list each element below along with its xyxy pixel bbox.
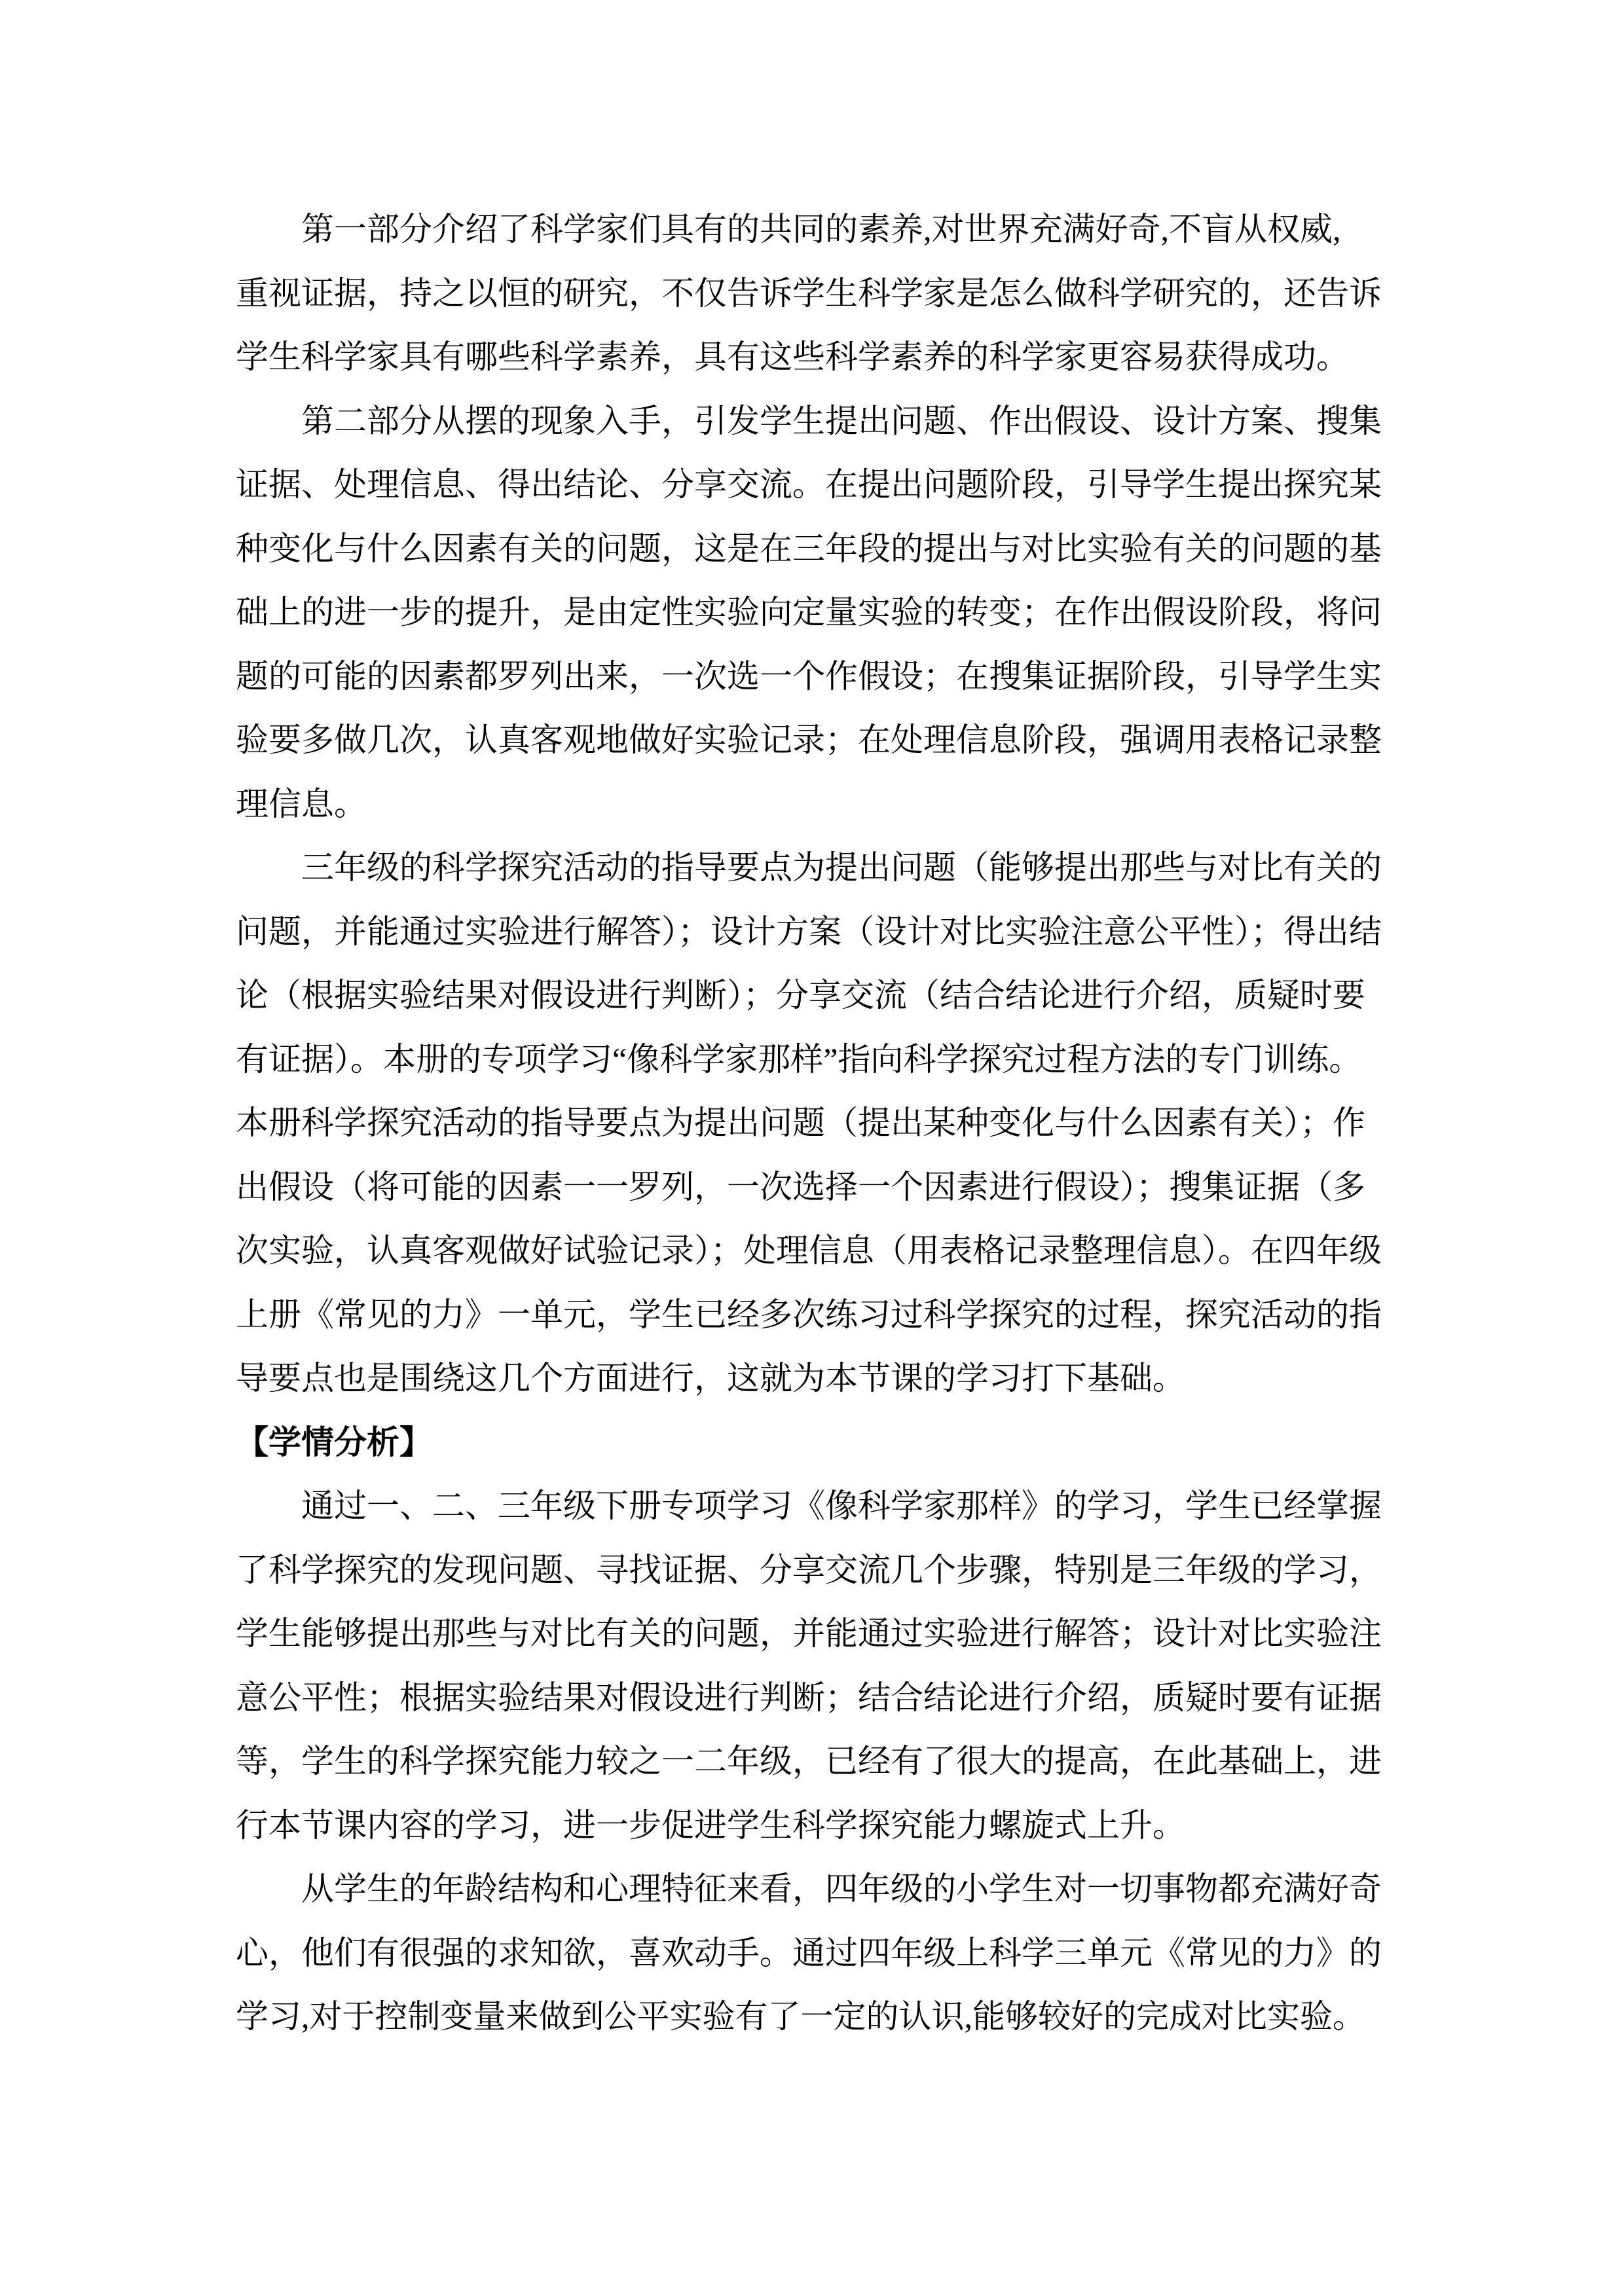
text-line: 意公平性；根据实验结果对假设进行判断；结合结论进行介绍，质疑时要有证据 — [236, 1666, 1388, 1730]
text-line: 次实验，认真客观做好试验记录）；处理信息（用表格记录整理信息）。在四年级 — [236, 1219, 1388, 1283]
text-line: 础上的进一步的提升，是由定性实验向定量实验的转变；在作出假设阶段，将问 — [236, 581, 1388, 645]
text-line: 学生能够提出那些与对比有关的问题，并能通过实验进行解答；设计对比实验注 — [236, 1602, 1388, 1666]
text-line: 等，学生的科学探究能力较之一二年级，已经有了很大的提高，在此基础上，进 — [236, 1730, 1388, 1794]
text-line: 心，他们有很强的求知欲，喜欢动手。通过四年级上科学三单元《常见的力》的 — [236, 1922, 1388, 1986]
text-line: 三年级的科学探究活动的指导要点为提出问题（能够提出那些与对比有关的 — [236, 836, 1388, 900]
paragraph-5: 从学生的年龄结构和心理特征来看，四年级的小学生对一切事物都充满好奇心，他们有很强… — [236, 1857, 1388, 2049]
text-line: 第一部分介绍了科学家们具有的共同的素养,对世界充满好奇,不盲从权威, — [236, 198, 1388, 262]
text-line: 有证据）。本册的专项学习“像科学家那样”指向科学探究过程方法的专门训练。 — [236, 1028, 1388, 1092]
text-line: 题的可能的因素都罗列出来，一次选一个作假设；在搜集证据阶段，引导学生实 — [236, 645, 1388, 709]
text-line: 上册《常见的力》一单元，学生已经多次练习过科学探究的过程，探究活动的指 — [236, 1283, 1388, 1347]
heading-line: 【学情分析】 — [236, 1411, 1388, 1475]
paragraph-2: 第二部分从摆的现象入手，引发学生提出问题、作出假设、设计方案、搜集证据、处理信息… — [236, 390, 1388, 837]
text-line: 了科学探究的发现问题、寻找证据、分享交流几个步骤，特别是三年级的学习， — [236, 1539, 1388, 1603]
text-line: 从学生的年龄结构和心理特征来看，四年级的小学生对一切事物都充满好奇 — [236, 1857, 1388, 1922]
text-line: 第二部分从摆的现象入手，引发学生提出问题、作出假设、设计方案、搜集 — [236, 390, 1388, 454]
text-line: 学生科学家具有哪些科学素养，具有这些科学素养的科学家更容易获得成功。 — [236, 325, 1388, 390]
text-line: 证据、处理信息、得出结论、分享交流。在提出问题阶段，引导学生提出探究某 — [236, 453, 1388, 517]
text-line: 重视证据，持之以恒的研究，不仅告诉学生科学家是怎么做科学研究的，还告诉 — [236, 262, 1388, 326]
text-line: 种变化与什么因素有关的问题，这是在三年段的提出与对比实验有关的问题的基 — [236, 517, 1388, 581]
paragraph-4: 通过一、二、三年级下册专项学习《像科学家那样》的学习，学生已经掌握了科学探究的发… — [236, 1474, 1388, 1857]
text-line: 学习,对于控制变量来做到公平实验有了一定的认识,能够较好的完成对比实验。 — [236, 1985, 1388, 2049]
text-line: 理信息。 — [236, 773, 1388, 837]
text-line: 论（根据实验结果对假设进行判断）；分享交流（结合结论进行介绍，质疑时要 — [236, 964, 1388, 1028]
text-line: 问题，并能通过实验进行解答）；设计方案（设计对比实验注意公平性）；得出结 — [236, 900, 1388, 964]
text-line: 本册科学探究活动的指导要点为提出问题（提出某种变化与什么因素有关）；作 — [236, 1091, 1388, 1156]
text-line: 出假设（将可能的因素一一罗列，一次选择一个因素进行假设）；搜集证据（多 — [236, 1156, 1388, 1220]
text-line: 通过一、二、三年级下册专项学习《像科学家那样》的学习，学生已经掌握 — [236, 1474, 1388, 1539]
document-page: 第一部分介绍了科学家们具有的共同的素养,对世界充满好奇,不盲从权威,重视证据，持… — [0, 0, 1624, 2296]
text-line: 行本节课内容的学习，进一步促进学生科学探究能力螺旋式上升。 — [236, 1794, 1388, 1858]
text-line: 导要点也是围绕这几个方面进行，这就为本节课的学习打下基础。 — [236, 1347, 1388, 1411]
text-line: 验要多做几次，认真客观地做好实验记录；在处理信息阶段，强调用表格记录整 — [236, 708, 1388, 773]
heading-xueqing-fenxi: 【学情分析】 — [236, 1411, 1388, 1475]
paragraph-1: 第一部分介绍了科学家们具有的共同的素养,对世界充满好奇,不盲从权威,重视证据，持… — [236, 198, 1388, 390]
document-body: 第一部分介绍了科学家们具有的共同的素养,对世界充满好奇,不盲从权威,重视证据，持… — [236, 198, 1388, 2049]
paragraph-3: 三年级的科学探究活动的指导要点为提出问题（能够提出那些与对比有关的问题，并能通过… — [236, 836, 1388, 1411]
